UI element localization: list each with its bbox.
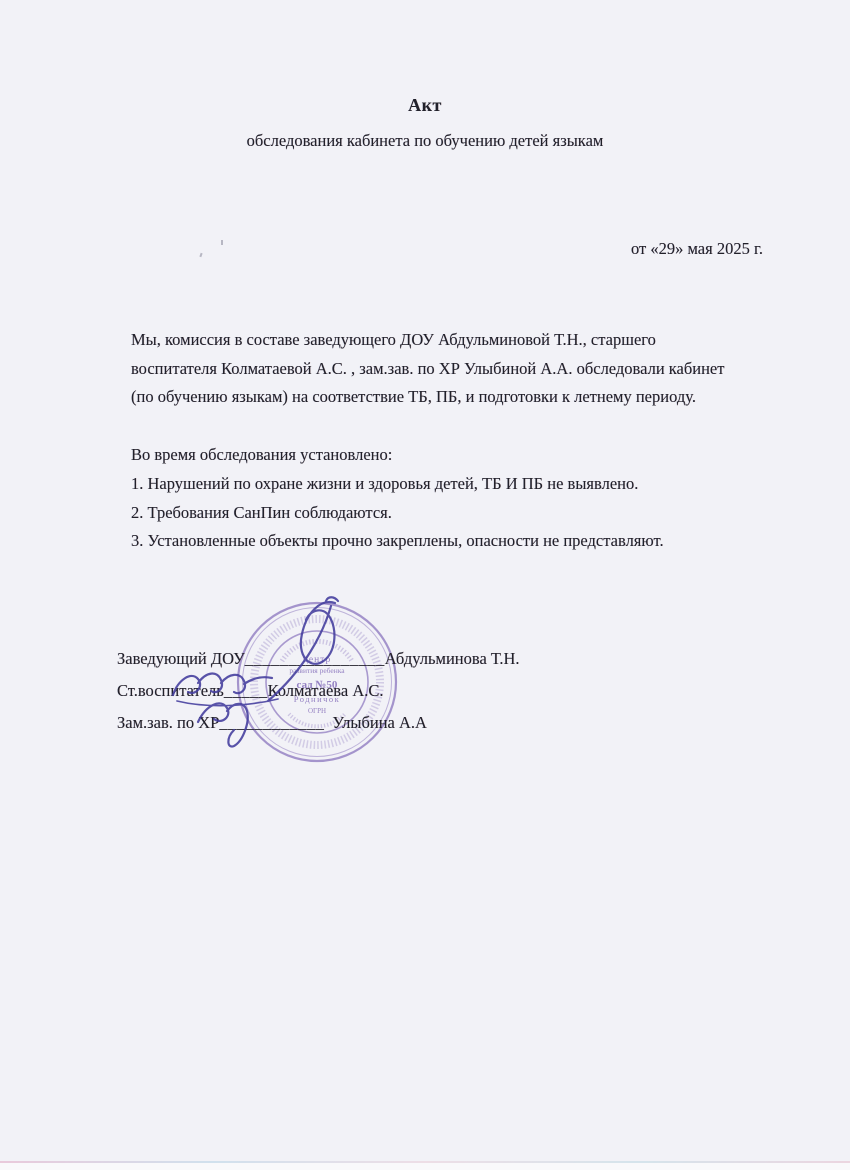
document-date: от «29» мая 2025 г. <box>0 239 763 259</box>
signature-row-zam-zav: Зам.зав. по ХР____________Улыбина А.А <box>117 707 717 739</box>
finding-item-1: 1. Нарушений по охране жизни и здоровья … <box>131 470 811 499</box>
intro-line-3: (по обучению языкам) на соответствие ТБ,… <box>131 383 791 412</box>
signature-role: Зам.зав. по ХР <box>117 713 219 732</box>
signature-role: Заведующий ДОУ <box>117 649 245 668</box>
findings-heading: Во время обследования установлено: <box>131 441 811 470</box>
document-title: Акт <box>0 95 850 116</box>
finding-item-2: 2. Требования СанПин соблюдаются. <box>131 499 811 528</box>
scan-bottom-margin <box>0 1163 850 1170</box>
signature-underline: ________________ <box>245 649 385 668</box>
signatory-name: Абдульминова Т.Н. <box>385 649 520 668</box>
signature-row-st-vospitatel: Ст.воспитатель_____Колматаева А.С. <box>117 675 717 707</box>
handwritten-signatures <box>0 0 850 1170</box>
signatory-name: Колматаева А.С. <box>268 681 384 700</box>
scan-speck <box>221 240 223 245</box>
signatory-name: Улыбина А.А <box>332 713 427 732</box>
signature-role: Ст.воспитатель <box>117 681 224 700</box>
signature-block: Заведующий ДОУ________________Абдульмино… <box>117 643 717 738</box>
signature-underline: _____ <box>224 681 268 700</box>
scanned-document-page: Акт обследования кабинета по обучению де… <box>0 0 850 1170</box>
finding-item-3: 3. Установленные объекты прочно закрепле… <box>131 527 811 556</box>
signature-row-zaveduyushchiy: Заведующий ДОУ________________Абдульмино… <box>117 643 717 675</box>
document-subtitle: обследования кабинета по обучению детей … <box>0 131 850 151</box>
intro-paragraph: Мы, комиссия в составе заведующего ДОУ А… <box>131 326 791 412</box>
signature-underline: ____________ <box>219 713 324 732</box>
intro-line-2: воспитателя Колматаевой А.С. , зам.зав. … <box>131 355 791 384</box>
findings-section: Во время обследования установлено: 1. На… <box>131 441 811 556</box>
intro-line-1: Мы, комиссия в составе заведующего ДОУ А… <box>131 326 791 355</box>
